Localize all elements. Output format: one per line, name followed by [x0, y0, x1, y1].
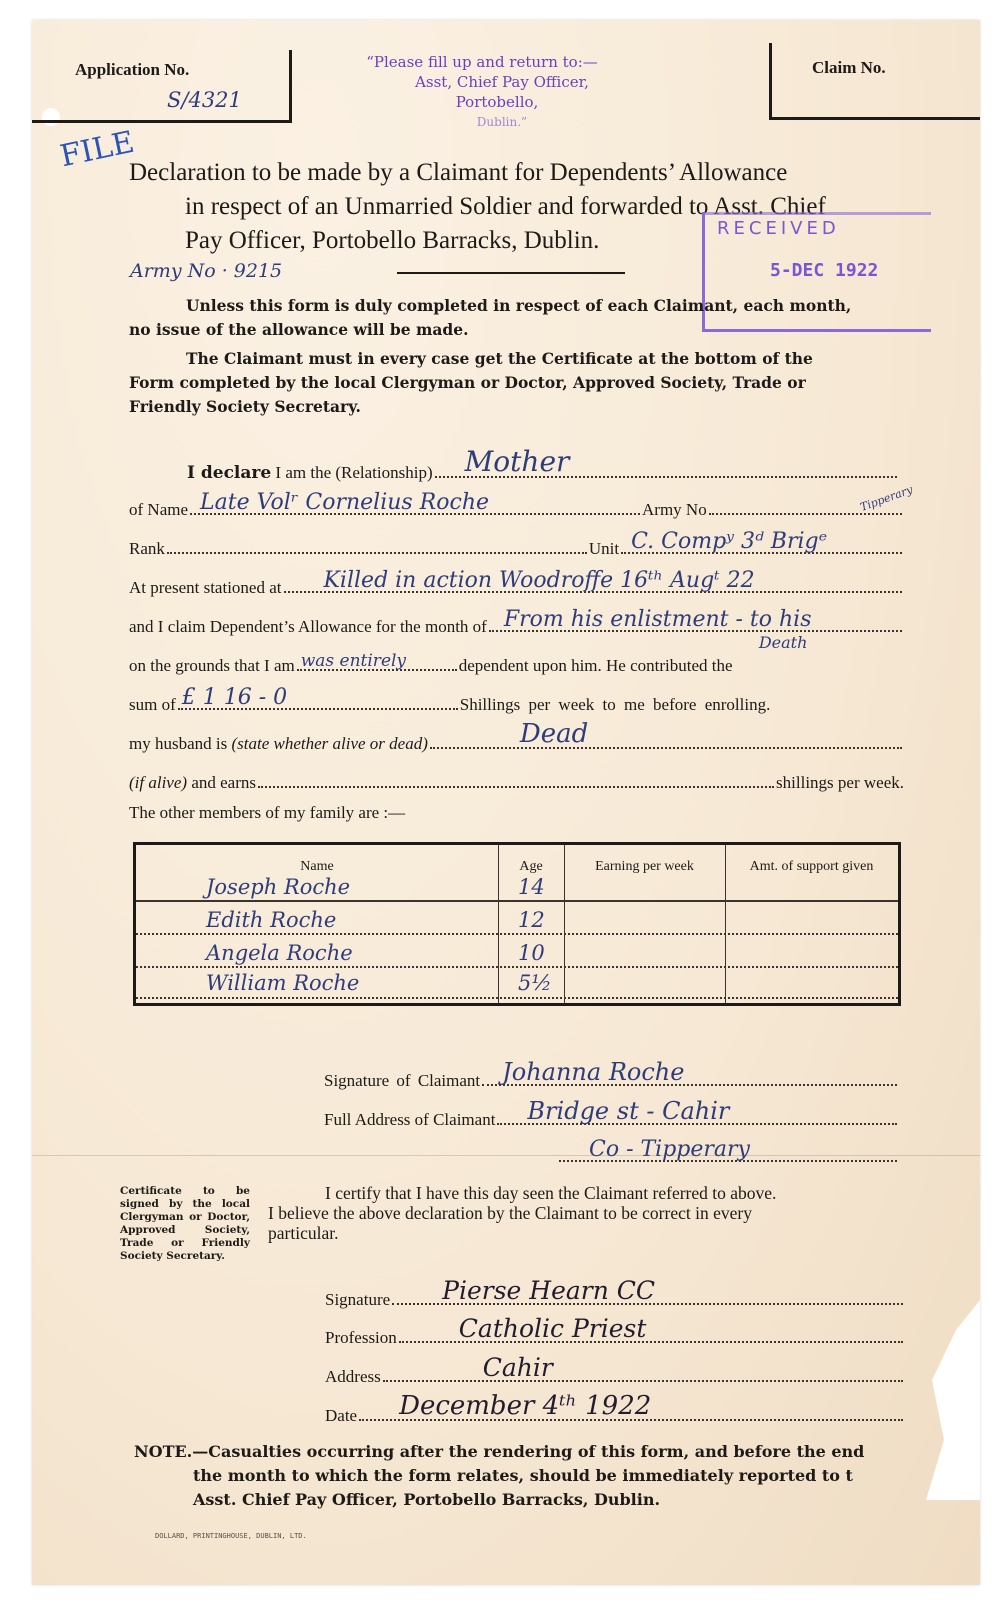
application-no-label: Application No. — [75, 60, 189, 80]
certificate-text: particular. — [268, 1223, 338, 1244]
date-row: Date December 4ᵗʰ 1922 — [325, 1396, 905, 1426]
relationship-row: I declare I am the (Relationship) Mother — [187, 453, 899, 483]
certificate-text: I believe the above declaration by the C… — [268, 1203, 752, 1224]
unit-value: C. Compʸ 3ᵈ Brigᵉ — [631, 529, 827, 554]
date-value: December 4ᵗʰ 1922 — [399, 1391, 651, 1421]
claimant-address-field[interactable]: Bridge st - Cahir — [497, 1123, 897, 1125]
rank-label: Rank — [129, 539, 165, 559]
husband-value: Dead — [520, 719, 588, 749]
received-date: 5-DEC 1922 — [770, 260, 878, 281]
form-title-line3: Pay Officer, Portobello Barracks, Dublin… — [185, 224, 599, 258]
application-box-rule — [289, 50, 292, 122]
note-text: Casualties occurring after the rendering… — [208, 1442, 864, 1461]
certifier-address-field[interactable]: Cahir — [383, 1380, 903, 1382]
header-age: Age — [498, 859, 564, 875]
husband-hint: (state whether alive or dead) — [231, 734, 427, 754]
sum-label: sum of — [129, 695, 176, 715]
instruction-text: Form completed by the local Clergyman or… — [129, 371, 806, 395]
family-member-age: 14 — [518, 875, 545, 899]
application-no-value: S/4321 — [167, 88, 242, 112]
header-name: Name — [136, 859, 498, 875]
claimant-signature-label: Signature of Claimant — [324, 1071, 480, 1091]
instruction-text: Unless this form is duly completed in re… — [186, 294, 851, 318]
return-address-stamp: “Please fill up and return to:— Asst, Ch… — [317, 52, 647, 132]
family-member-name: Edith Roche — [206, 908, 336, 932]
profession-label: Profession — [325, 1328, 397, 1348]
claimant-address-line2: Co - Tipperary — [589, 1137, 750, 1162]
name-label: of Name — [129, 500, 188, 520]
header-earning: Earning per week — [564, 859, 725, 875]
earns-field[interactable] — [258, 786, 774, 788]
certificate-side-note: Certificate to be signed by the local Cl… — [120, 1185, 250, 1263]
sum-field[interactable]: £ 1 16 - 0 — [178, 708, 458, 710]
received-label: RECEIVED — [717, 218, 840, 239]
form-page: Application No. S/4321 “Please fill up a… — [32, 20, 980, 1585]
grounds-value: was entirely — [301, 651, 406, 671]
grounds-field[interactable]: was entirely — [297, 669, 457, 671]
certifier-address-row: Address Cahir — [325, 1357, 905, 1387]
rank-field[interactable] — [167, 552, 587, 554]
stationed-value: Killed in action Woodroffe 16ᵗʰ Augᵗ 22 — [324, 568, 755, 593]
husband-label: my husband is — [129, 734, 227, 754]
tipperary-note: Tipperary — [858, 483, 914, 514]
claim-box-rule — [769, 117, 980, 120]
family-member-name: Angela Roche — [206, 941, 353, 965]
instruction-text: no issue of the allowance will be made. — [129, 318, 469, 342]
claim-no-label: Claim No. — [812, 58, 886, 78]
title-divider — [397, 272, 625, 274]
claimant-address-field-2[interactable]: Co - Tipperary — [559, 1160, 897, 1162]
grounds-row: on the grounds that I am was entirely de… — [129, 646, 904, 676]
family-member-name: Joseph Roche — [206, 875, 350, 899]
note-line2: the month to which the form relates, sho… — [193, 1464, 853, 1488]
grounds-suffix: dependent upon him. He contributed the — [459, 656, 733, 676]
month-row: and I claim Dependent’s Allowance for th… — [129, 607, 904, 637]
army-no-note: Army No · 9215 — [130, 260, 282, 282]
certifier-address-label: Address — [325, 1367, 381, 1387]
table-row-line — [136, 997, 898, 999]
unit-field[interactable]: C. Compʸ 3ᵈ Brigᵉ — [621, 552, 902, 554]
header-support: Amt. of support given — [725, 859, 898, 875]
family-label: The other members of my family are :— — [129, 803, 405, 823]
sum-row: sum of £ 1 16 - 0 Shillings per week to … — [129, 685, 904, 715]
claim-box-rule — [769, 43, 772, 119]
rank-row: Rank Unit C. Compʸ 3ᵈ Brigᵉ — [129, 529, 904, 559]
stamp-line: Portobello, — [317, 92, 647, 112]
family-member-age: 10 — [518, 941, 545, 965]
stamp-line: Dublin.” — [317, 112, 647, 132]
name-row: of Name Late Volʳ Cornelius Roche Army N… — [129, 490, 904, 520]
sum-suffix: Shillings per week to me before enrollin… — [460, 695, 771, 715]
profession-value: Catholic Priest — [459, 1314, 647, 1343]
earns-suffix: shillings per week. — [776, 773, 904, 793]
date-field[interactable]: December 4ᵗʰ 1922 — [359, 1419, 903, 1421]
earns-label: and earns — [191, 773, 256, 793]
family-table: Name Age Earning per week Amt. of suppor… — [133, 842, 901, 1006]
note-line3: Asst. Chief Pay Officer, Portobello Barr… — [193, 1488, 660, 1512]
claimant-signature-row: Signature of Claimant Johanna Roche — [324, 1061, 899, 1091]
certifier-signature-row: Signature Pierse Hearn CC — [325, 1280, 905, 1310]
profession-row: Profession Catholic Priest — [325, 1318, 905, 1348]
certifier-signature-value: Pierse Hearn CC — [442, 1276, 655, 1305]
family-member-name: William Roche — [206, 971, 359, 995]
form-title-line1: Declaration to be made by a Claimant for… — [129, 156, 787, 190]
sum-value: £ 1 16 - 0 — [182, 685, 287, 710]
husband-row: my husband is (state whether alive or de… — [129, 724, 904, 754]
name-field[interactable]: Late Volʳ Cornelius Roche — [190, 513, 640, 515]
stationed-row: At present stationed at Killed in action… — [129, 568, 904, 598]
note-line1: NOTE.—Casualties occurring after the ren… — [134, 1440, 864, 1464]
month-label: and I claim Dependent’s Allowance for th… — [129, 617, 487, 637]
relationship-field[interactable]: Mother — [435, 476, 897, 478]
table-row-line — [136, 900, 898, 902]
army-no-field[interactable]: Tipperary — [709, 513, 902, 515]
claimant-address-line1: Bridge st - Cahir — [527, 1097, 729, 1125]
instruction-text: The Claimant must in every case get the … — [186, 347, 813, 371]
stamp-line: Asst, Chief Pay Officer, — [317, 72, 647, 92]
family-member-age: 5½ — [518, 971, 552, 995]
claimant-address-row: Full Address of Claimant Bridge st - Cah… — [324, 1100, 899, 1130]
relationship-label: I am the (Relationship) — [275, 463, 432, 483]
file-mark: FILE — [57, 125, 137, 175]
table-row-line — [136, 933, 898, 935]
unit-label: Unit — [589, 539, 619, 559]
family-member-age: 12 — [518, 908, 545, 932]
note-prefix: NOTE.— — [134, 1442, 208, 1461]
husband-field[interactable]: Dead — [430, 747, 902, 749]
application-box-rule — [32, 120, 292, 123]
name-value: Late Volʳ Cornelius Roche — [200, 490, 489, 515]
month-value: From his enlistment - to his — [504, 607, 812, 632]
certifier-signature-label: Signature — [325, 1290, 390, 1310]
declare-prefix: I declare — [187, 463, 271, 483]
grounds-label: on the grounds that I am — [129, 656, 295, 676]
punch-hole — [42, 108, 60, 126]
table-row-line — [136, 966, 898, 968]
torn-edge — [920, 1300, 980, 1500]
stationed-field[interactable]: Killed in action Woodroffe 16ᵗʰ Augᵗ 22 — [284, 591, 903, 593]
earns-row: (if alive) and earns shillings per week. — [129, 763, 904, 793]
claimant-signature-field[interactable]: Johanna Roche — [482, 1084, 897, 1086]
month-field[interactable]: From his enlistment - to hisDeath — [489, 630, 902, 632]
stationed-label: At present stationed at — [129, 578, 282, 598]
certifier-address-value: Cahir — [483, 1353, 553, 1382]
certifier-signature-field[interactable]: Pierse Hearn CC — [392, 1303, 903, 1305]
certificate-text: I certify that I have this day seen the … — [325, 1183, 776, 1204]
instruction-text: Friendly Society Secretary. — [129, 395, 361, 419]
relationship-value: Mother — [465, 445, 570, 478]
claimant-signature-value: Johanna Roche — [502, 1058, 684, 1086]
earns-hint: (if alive) — [129, 773, 187, 793]
claimant-address-label: Full Address of Claimant — [324, 1110, 495, 1130]
date-label: Date — [325, 1406, 357, 1426]
claimant-address-row-2: Co - Tipperary — [557, 1137, 899, 1167]
army-no-label: Army No — [642, 500, 707, 520]
stamp-line: “Please fill up and return to:— — [317, 52, 647, 72]
fold-line — [32, 1155, 980, 1156]
printer-imprint: DOLLARD, PRINTINGHOUSE, DUBLIN, LTD. — [155, 1532, 307, 1540]
profession-field[interactable]: Catholic Priest — [399, 1341, 903, 1343]
